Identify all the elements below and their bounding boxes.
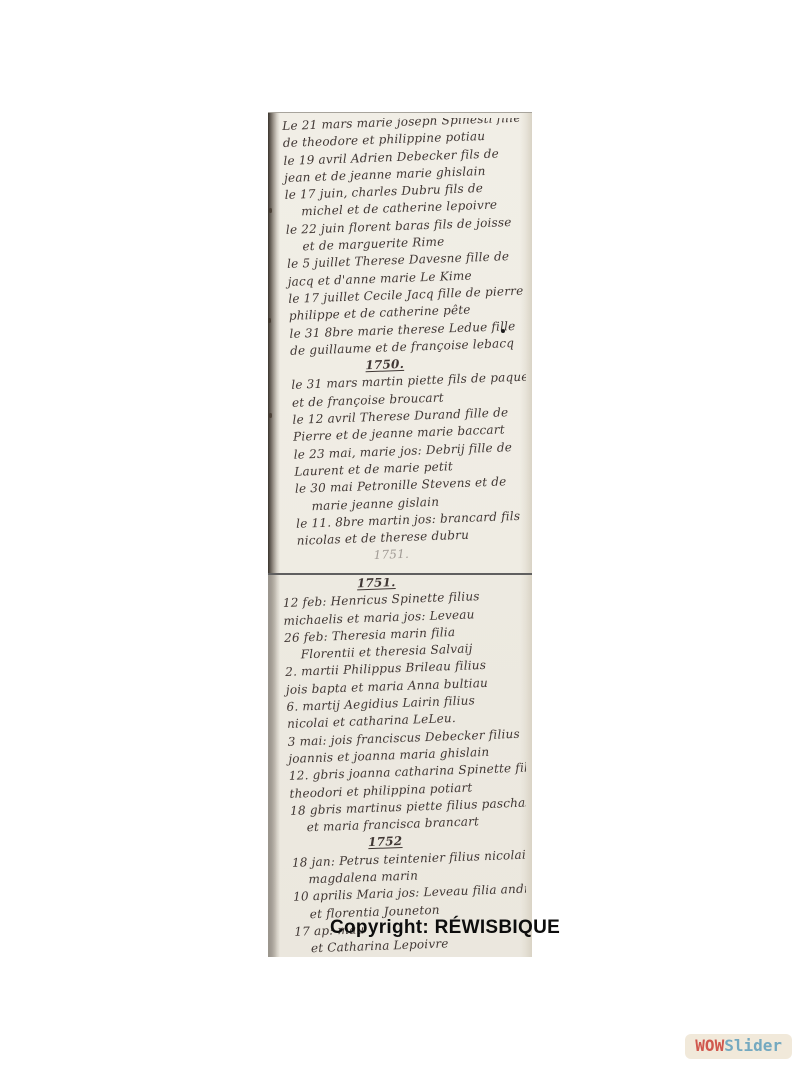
margin-speck [268,318,271,323]
margin-speck [269,413,272,418]
wowslider-wow-label: WOW [695,1036,724,1055]
page-seam-line [268,573,532,575]
register-photo[interactable]: Le 21 mars marie joseph Spinesti fillede… [268,112,532,957]
margin-speck [269,208,272,213]
wowslider-badge[interactable]: WOWSlider [685,1034,792,1059]
manuscript-page-1749-1750: Le 21 mars marie joseph Spinesti fillede… [282,118,526,572]
copyright-watermark: Copyright: RÉWISBIQUE [330,917,570,939]
manuscript-page-1751-1752: 1751.12 feb: Henricus Spinette filiusmic… [282,578,526,956]
wowslider-slider-label: Slider [724,1036,782,1055]
ink-dot [501,329,505,333]
book-binding-edge-lower [268,573,280,957]
